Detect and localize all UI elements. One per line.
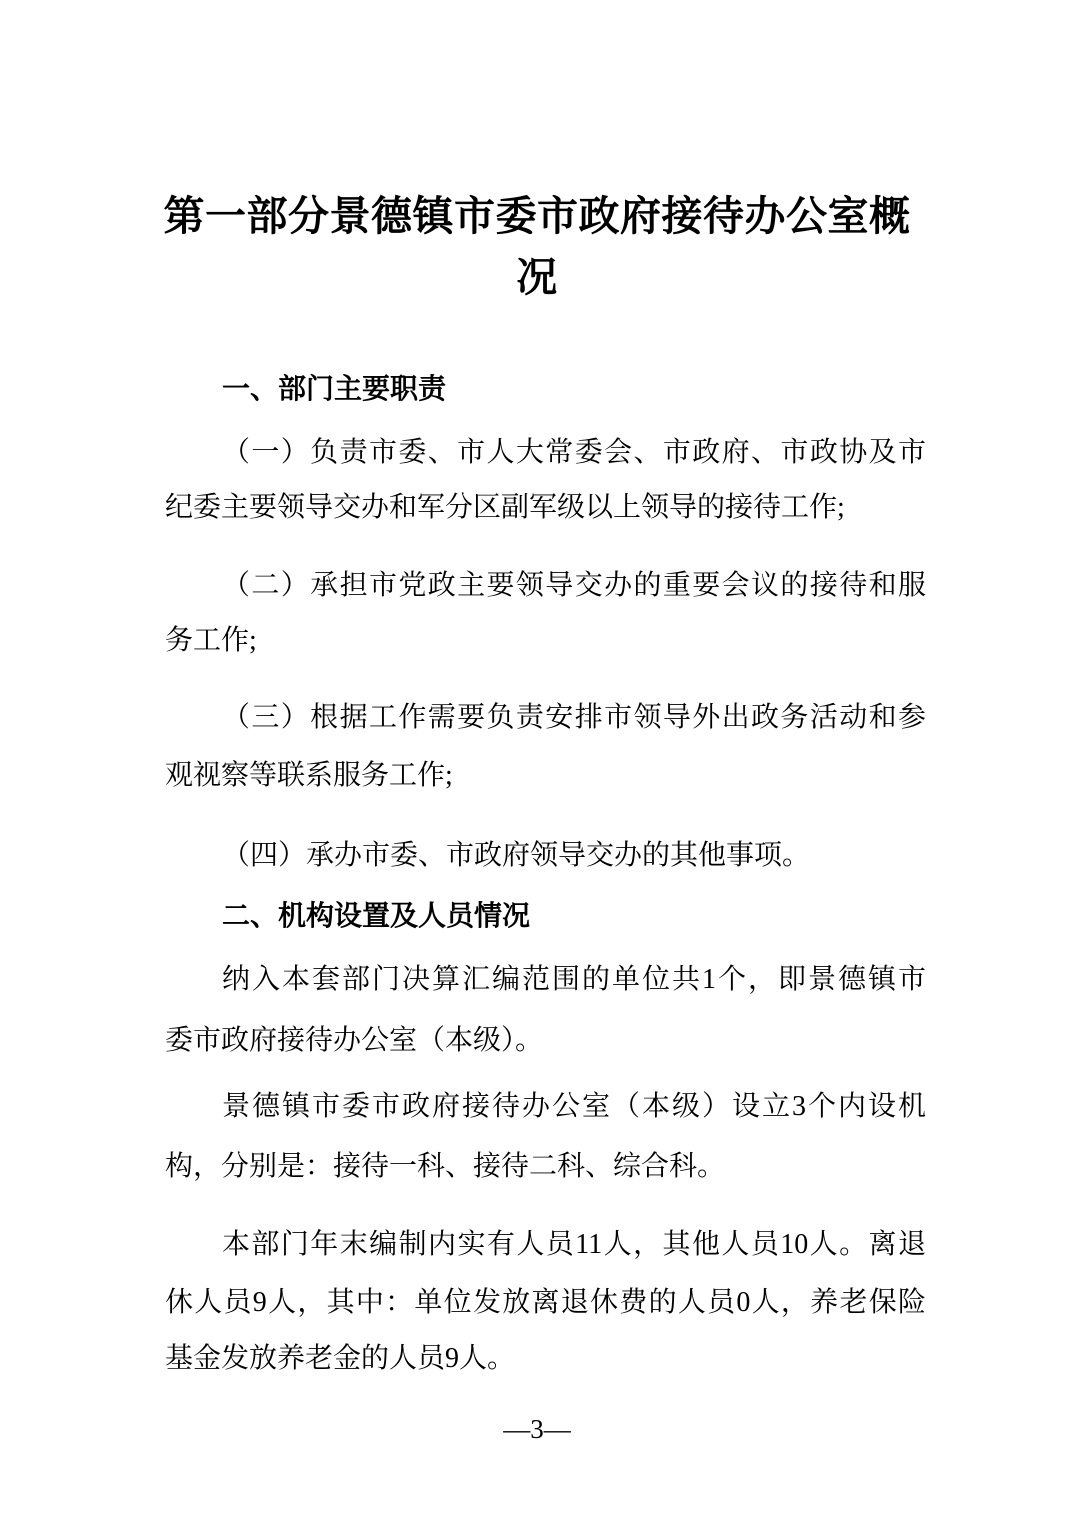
document-title-line-1: 第一部分景德镇市委市政府接待办公室概 bbox=[0, 193, 1074, 239]
section-2-para-3-line-2: 休人员9人，其中：单位发放离退休费的人员0人，养老保险 bbox=[165, 1286, 926, 1319]
section-2-para-2-line-2: 构，分别是：接待一科、接待二科、综合科。 bbox=[165, 1150, 926, 1183]
section-2-para-2-line-1: 景德镇市委市政府接待办公室（本级）设立3个内设机 bbox=[165, 1090, 926, 1123]
document-title-line-2: 况 bbox=[0, 254, 1074, 300]
section-1-para-2-line-1: （二）承担市党政主要领导交办的重要会议的接待和服 bbox=[165, 569, 926, 602]
section-1-para-3-line-2: 观视察等联系服务工作; bbox=[165, 759, 926, 792]
section-1-para-3-line-1: （三）根据工作需要负责安排市领导外出政务活动和参 bbox=[165, 701, 926, 734]
section-2-para-1-line-2: 委市政府接待办公室（本级）。 bbox=[165, 1024, 926, 1057]
section-2-heading: 二、机构设置及人员情况 bbox=[165, 899, 926, 932]
document-page: 第一部分景德镇市委市政府接待办公室概 况 一、部门主要职责 （一）负责市委、市人… bbox=[0, 0, 1074, 1520]
section-2-para-3-line-3: 基金发放养老金的人员9人。 bbox=[165, 1342, 926, 1375]
section-2-para-1-line-1: 纳入本套部门决算汇编范围的单位共1个，即景德镇市 bbox=[165, 963, 926, 996]
section-1-para-1-line-2: 纪委主要领导交办和军分区副军级以上领导的接待工作; bbox=[165, 491, 926, 524]
section-1-heading: 一、部门主要职责 bbox=[165, 372, 926, 405]
section-1-para-2-line-2: 务工作; bbox=[165, 624, 926, 657]
section-1-para-4-line-1: （四）承办市委、市政府领导交办的其他事项。 bbox=[165, 839, 926, 872]
page-number: —3— bbox=[0, 1414, 1074, 1444]
section-2-para-3-line-1: 本部门年末编制内实有人员11人，其他人员10人。离退 bbox=[165, 1228, 926, 1261]
section-1-para-1-line-1: （一）负责市委、市人大常委会、市政府、市政协及市 bbox=[165, 436, 926, 469]
